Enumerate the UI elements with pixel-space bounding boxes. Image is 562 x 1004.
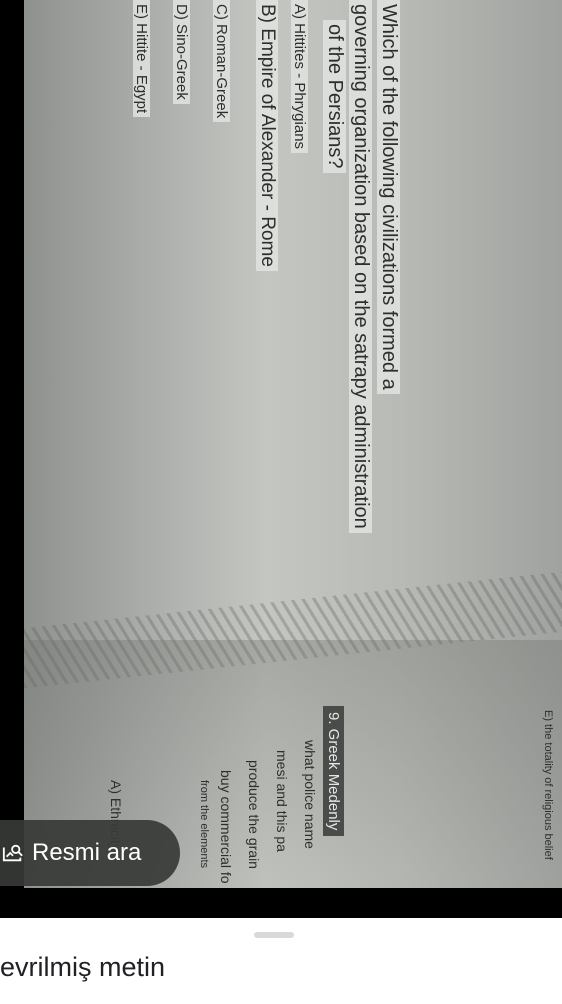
- option-d: D) Sino-Greek: [173, 0, 190, 104]
- viewer-bottom-bar: [0, 888, 562, 918]
- search-image-label: Resmi ara: [32, 839, 141, 867]
- translated-photo: Which of the following civilizations for…: [24, 0, 562, 888]
- prev-option-e: E) the totality of religious belief: [542, 710, 554, 860]
- question-line-1: Which of the following civilizations for…: [377, 0, 400, 394]
- bottom-sheet[interactable]: evrilmiş metin: [0, 918, 562, 1004]
- question9-line: what police name: [302, 740, 318, 849]
- sheet-drag-handle[interactable]: [254, 932, 294, 938]
- image-viewer: Which of the following civilizations for…: [0, 0, 562, 918]
- question9-line: buy commercial fo: [218, 770, 234, 884]
- search-image-button[interactable]: Resmi ara: [0, 820, 180, 886]
- sheet-title: evrilmiş metin: [0, 952, 165, 983]
- question9-title: 9. Greek Medenly: [323, 706, 344, 836]
- image-search-icon: [2, 842, 24, 864]
- option-b: B) Empire of Alexander - Rome: [256, 0, 278, 271]
- question9-line: produce the grain: [246, 760, 262, 869]
- option-a: A) Hittites - Phrygians: [291, 0, 308, 153]
- question-line-3: of the Persians?: [323, 20, 346, 173]
- question9-line: mesi and this pa: [274, 750, 290, 852]
- question-line-2: governing organization based on the satr…: [349, 0, 372, 533]
- option-e: E) Hittite - Egypt: [133, 0, 150, 117]
- option-c: C) Roman-Greek: [213, 0, 230, 122]
- question9-line: from the elements: [198, 780, 210, 868]
